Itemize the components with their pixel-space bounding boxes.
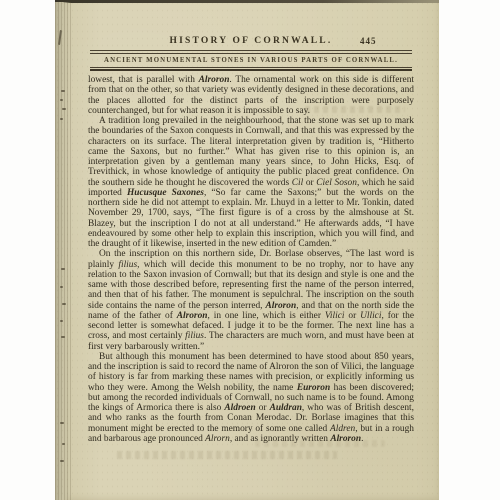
text-run: or: [303, 178, 316, 188]
page-edge-mark: [58, 30, 62, 45]
page-edge-mark: [60, 286, 63, 288]
book-fore-edge: [55, 2, 71, 500]
paragraph: A tradition long prevailed in the neighb…: [88, 116, 414, 249]
italic-term: Alroron: [265, 301, 296, 311]
italic-term: Aldren: [330, 424, 355, 434]
page-edge-mark: [61, 268, 65, 270]
paragraph: But although this monument has been dete…: [88, 352, 414, 444]
show-through-text: [117, 451, 337, 459]
scanned-book-photo: HISTORY OF CORNWALL. 445 ANCIENT MONUMEN…: [0, 0, 500, 500]
italic-term: Alroron: [330, 434, 361, 444]
page-edge-mark: [60, 99, 63, 101]
italic-term: Ciel Soson: [316, 178, 357, 188]
italic-term: filius: [118, 260, 137, 270]
text-run: lowest, that is parallel with: [88, 75, 199, 85]
page-number: 445: [360, 36, 390, 46]
italic-term: Alroron: [199, 75, 230, 85]
italic-term: Hucusque Saxones: [127, 188, 204, 198]
italic-term: Aldroen: [224, 403, 255, 413]
italic-term: Ullici: [360, 311, 381, 321]
page-edge-mark: [61, 90, 65, 92]
italic-term: Auldran: [270, 403, 302, 413]
page-edge-mark: [62, 303, 66, 305]
page-top-edge: [55, 0, 439, 3]
paragraph: lowest, that is parallel with Alroron. T…: [88, 75, 414, 116]
page-edge-mark: [60, 422, 64, 424]
book-page: HISTORY OF CORNWALL. 445 ANCIENT MONUMEN…: [55, 0, 439, 500]
double-rule-bottom: [90, 67, 412, 71]
body-text: lowest, that is parallel with Alroron. T…: [88, 75, 414, 444]
italic-term: Vilici: [325, 311, 345, 321]
paragraph: On the inscription on this northern side…: [88, 249, 414, 352]
section-heading: ANCIENT MONUMENTAL STONES IN VARIOUS PAR…: [90, 57, 412, 64]
page-edge-mark: [60, 320, 63, 322]
double-rule-top: [90, 50, 412, 54]
italic-term: Euroron: [297, 383, 330, 393]
italic-term: Alroron: [177, 311, 208, 321]
text-run: or: [256, 403, 270, 413]
page-edge-mark: [60, 460, 64, 462]
page-edge-mark: [62, 443, 65, 445]
italic-term: filius: [185, 331, 204, 341]
italic-term: Alrorn: [205, 434, 230, 444]
text-run: .: [361, 434, 363, 444]
text-run: or: [344, 311, 360, 321]
text-run: , in one line, which is either: [207, 311, 324, 321]
italic-term: Cil: [292, 178, 303, 188]
page-edge-mark: [60, 118, 63, 120]
text-run: , and as ignorantly written: [230, 434, 331, 444]
page-edge-mark: [61, 336, 65, 338]
page-edge-mark: [62, 108, 66, 110]
